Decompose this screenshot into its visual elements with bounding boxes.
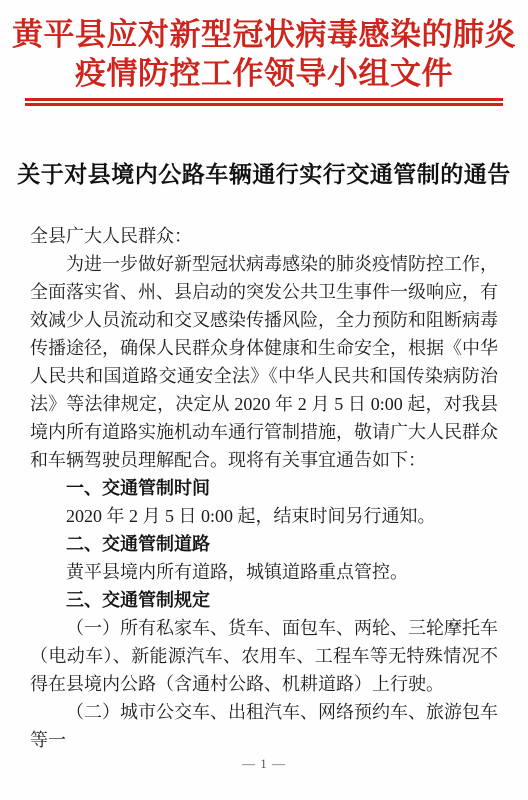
letterhead-line1: 黄平县应对新型冠状病毒感染的肺炎 [0, 15, 528, 54]
section-3-paragraph-1: （一）所有私家车、货车、面包车、两轮、三轮摩托车（电动车）、新能源汽车、农用车、… [30, 614, 498, 698]
notice-title: 关于对县境内公路车辆通行实行交通管制的通告 [0, 158, 528, 192]
document-page: 黄平县应对新型冠状病毒感染的肺炎 疫情防控工作领导小组文件 关于对县境内公路车辆… [0, 0, 528, 800]
salutation: 全县广大人民群众： [30, 222, 498, 250]
section-3-paragraph-2: （二）城市公交车、出租汽车、网络预约车、旅游包车等一 [30, 698, 498, 754]
letterhead-line2: 疫情防控工作领导小组文件 [0, 54, 528, 93]
letterhead: 黄平县应对新型冠状病毒感染的肺炎 疫情防控工作领导小组文件 [0, 0, 528, 93]
red-double-rule [25, 98, 503, 106]
section-heading-1: 一、交通管制时间 [30, 474, 498, 502]
section-1-paragraph: 2020 年 2 月 5 日 0:00 起，结束时间另行通知。 [30, 502, 498, 530]
page-number: — 1 — [0, 756, 528, 772]
notice-body: 全县广大人民群众： 为进一步做好新型冠状病毒感染的肺炎疫情防控工作，全面落实省、… [30, 222, 498, 754]
section-2-paragraph: 黄平县境内所有道路，城镇道路重点管控。 [30, 558, 498, 586]
section-heading-2: 二、交通管制道路 [30, 530, 498, 558]
section-heading-3: 三、交通管制规定 [30, 586, 498, 614]
intro-paragraph: 为进一步做好新型冠状病毒感染的肺炎疫情防控工作，全面落实省、州、县启动的突发公共… [30, 250, 498, 474]
